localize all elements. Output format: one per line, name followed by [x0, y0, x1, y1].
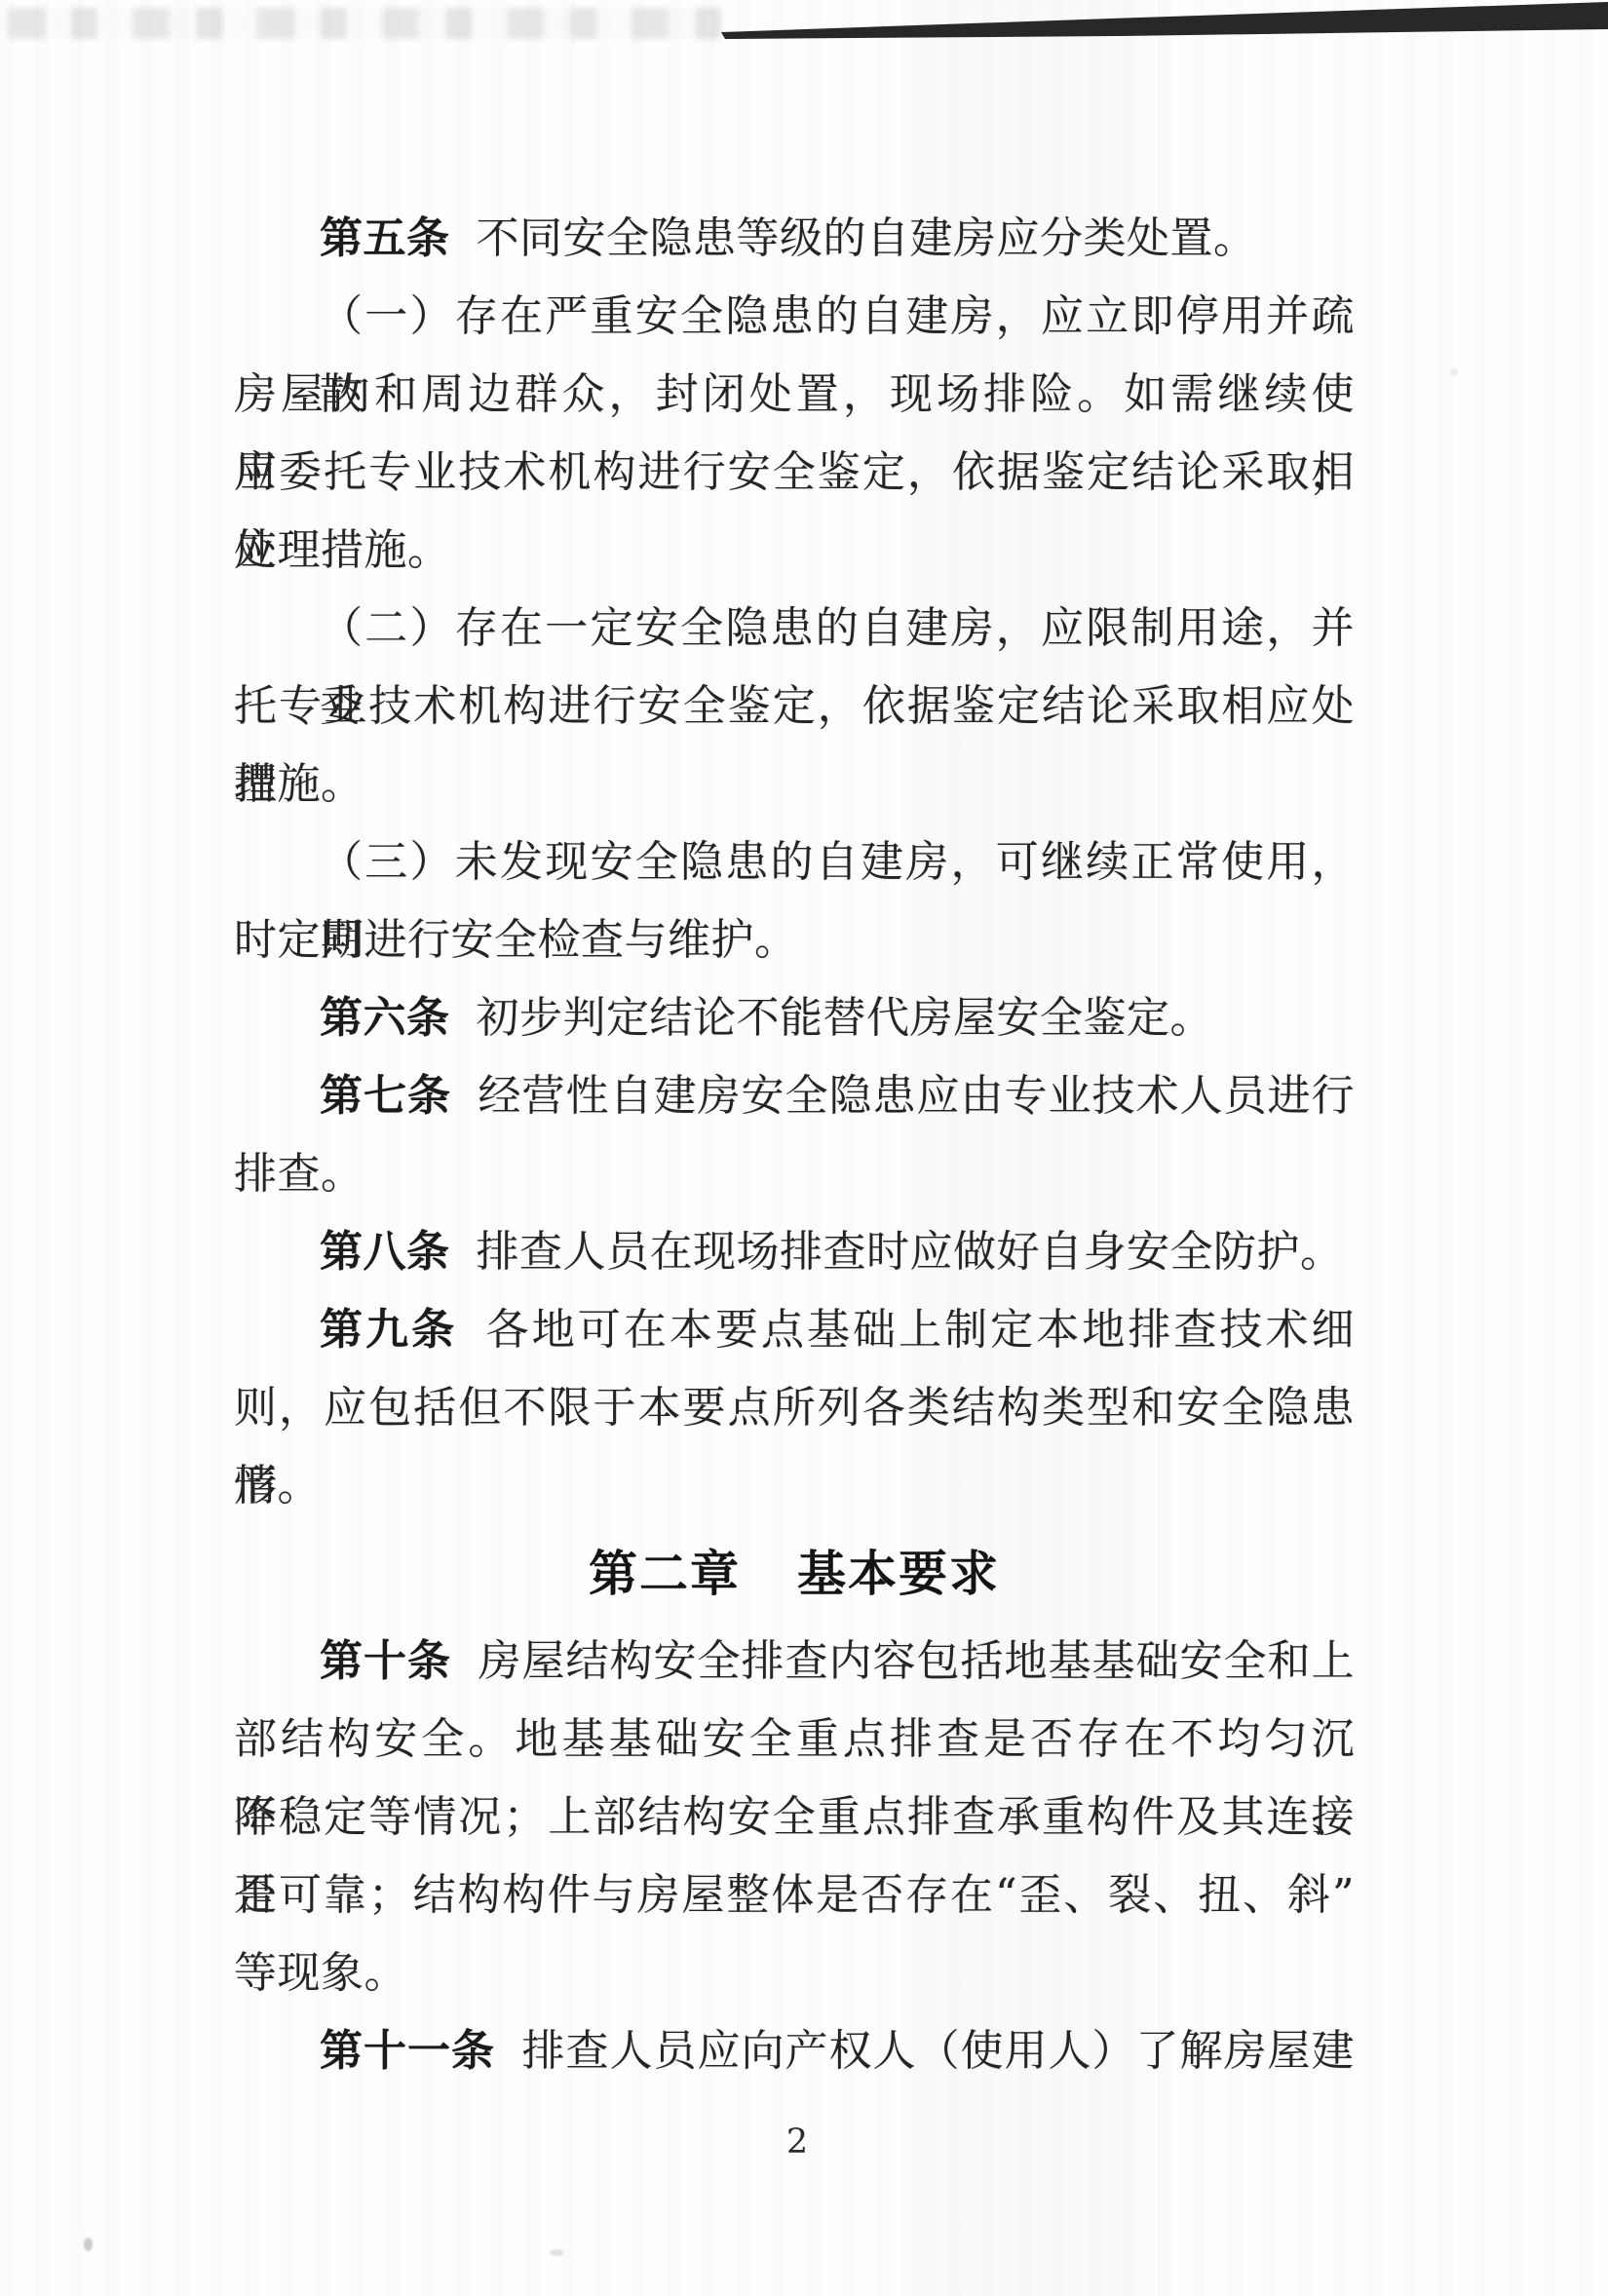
article-number-gap [450, 1265, 477, 1266]
article-number-gap [451, 1109, 478, 1110]
article-number-gap [457, 1343, 483, 1344]
text-line: 第六条初步判定结论不能替代房屋安全鉴定。 [234, 979, 1355, 1057]
text-line: 措施。 [234, 746, 1355, 823]
line-text: 等现象。 [234, 1948, 407, 1998]
text-line: 否可靠；结构构件与房屋整体是否存在“歪、裂、扭、斜” [234, 1856, 1355, 1934]
text-line: 第五条不同安全隐患等级的自建房应分类处置。 [234, 200, 1355, 278]
line-text: 形。 [234, 1461, 321, 1511]
document-body: 第五条不同安全隐患等级的自建房应分类处置。（一）存在严重安全隐患的自建房，应立即… [234, 200, 1355, 2090]
line-text: 排查。 [234, 1149, 364, 1199]
text-line: 形。 [234, 1447, 1355, 1525]
line-text: 处理措施。 [234, 525, 451, 575]
chapter-heading-gap [741, 1589, 797, 1590]
text-line: 排查。 [234, 1135, 1355, 1213]
chapter-number: 第二章 [589, 1546, 741, 1602]
text-line: （二）存在一定安全隐患的自建房，应限制用途，并委 [234, 590, 1355, 668]
article-number-gap [450, 1031, 477, 1032]
text-line: 房屋内和周边群众，封闭处置，现场排险。如需继续使用， [234, 356, 1355, 434]
article-number-gap [451, 1674, 478, 1675]
text-line: 则，应包括但不限于本要点所列各类结构类型和安全隐患情 [234, 1369, 1355, 1447]
text-line: 第十一条排查人员应向产权人（使用人）了解房屋建 [234, 2012, 1355, 2090]
article-number: 第十条 [320, 1636, 451, 1686]
scan-speck-artifact [84, 2238, 93, 2251]
line-text: 时定期进行安全检查与维护。 [234, 915, 798, 965]
text-line: 不稳定等情况；上部结构安全重点排查承重构件及其连接是 [234, 1779, 1355, 1856]
line-text: 初步判定结论不能替代房屋安全鉴定。 [477, 993, 1214, 1043]
article-number: 第十一条 [320, 2026, 495, 2076]
scanned-document-page: 第五条不同安全隐患等级的自建房应分类处置。（一）存在严重安全隐患的自建房，应立即… [0, 0, 1608, 2296]
chapter-title: 基本要求 [797, 1546, 1000, 1602]
line-text: 排查人员在现场排查时应做好自身安全防护。 [477, 1227, 1344, 1277]
text-line: 处理措施。 [234, 512, 1355, 590]
line-text: 否可靠；结构构件与房屋整体是否存在“歪、裂、扭、斜” [234, 1870, 1355, 1920]
line-text: 经营性自建房安全隐患应由专业技术人员进行 [478, 1071, 1355, 1121]
article-number: 第五条 [320, 213, 450, 263]
line-text: 房屋结构安全排查内容包括地基基础安全和上 [478, 1636, 1355, 1686]
article-number-gap [495, 2064, 521, 2065]
text-line: 第十条房屋结构安全排查内容包括地基基础安全和上 [234, 1623, 1355, 1701]
line-text: 各地可在本要点基础上制定本地排查技术细 [483, 1305, 1355, 1355]
page-number: 2 [0, 2113, 1594, 2171]
text-line: 时定期进行安全检查与维护。 [234, 901, 1355, 979]
text-line: 托专业技术机构进行安全鉴定，依据鉴定结论采取相应处理 [234, 668, 1355, 746]
text-line: 第九条各地可在本要点基础上制定本地排查技术细 [234, 1291, 1355, 1369]
line-text: 不同安全隐患等级的自建房应分类处置。 [477, 213, 1257, 263]
text-line: 部结构安全。地基基础安全重点排查是否存在不均匀沉降、 [234, 1701, 1355, 1779]
scan-smudge-artifact [8, 8, 724, 39]
text-line: 第八条排查人员在现场排查时应做好自身安全防护。 [234, 1213, 1355, 1291]
chapter-heading: 第二章基本要求 [234, 1525, 1355, 1623]
text-line: （三）未发现安全隐患的自建房，可继续正常使用，同 [234, 823, 1355, 901]
article-number: 第九条 [320, 1305, 457, 1355]
line-text: 措施。 [234, 759, 364, 809]
article-number: 第八条 [320, 1227, 450, 1277]
article-number-gap [450, 251, 477, 252]
article-number: 第六条 [320, 993, 450, 1043]
scan-speck-artifact [1450, 368, 1458, 376]
scan-speck-artifact [550, 2249, 563, 2256]
article-number: 第七条 [320, 1071, 451, 1121]
text-line: （一）存在严重安全隐患的自建房，应立即停用并疏散 [234, 278, 1355, 356]
text-line: 第七条经营性自建房安全隐患应由专业技术人员进行 [234, 1057, 1355, 1135]
line-text: 排查人员应向产权人（使用人）了解房屋建 [521, 2026, 1355, 2076]
text-line: 应委托专业技术机构进行安全鉴定，依据鉴定结论采取相应 [234, 434, 1355, 512]
text-line: 等现象。 [234, 1934, 1355, 2012]
